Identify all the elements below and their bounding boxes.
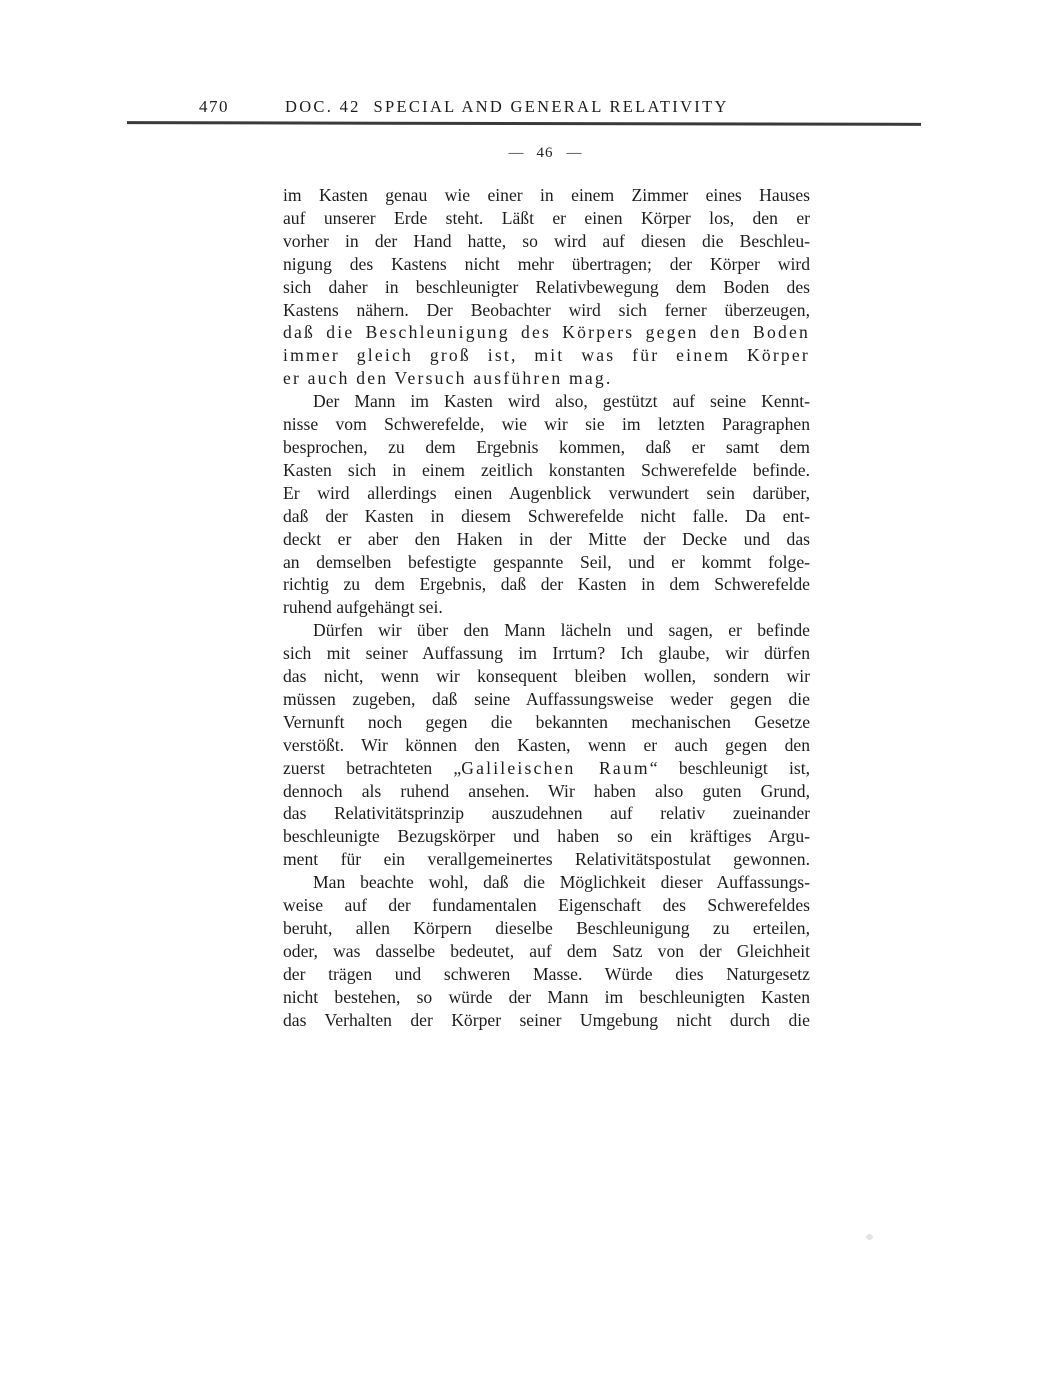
text-segment: auf unserer Erde steht. Läßt er einen Kö…	[283, 208, 810, 228]
text-segment: Der Mann im Kasten wird also, gestützt a…	[313, 391, 810, 411]
text-line: an demselben befestigte gespannte Seil, …	[283, 551, 810, 574]
text-segment: Man beachte wohl, daß die Möglichkeit di…	[313, 872, 810, 892]
text-line: oder, was dasselbe bedeutet, auf dem Sat…	[283, 940, 810, 963]
text-line: das Verhalten der Körper seiner Umgebung…	[283, 1009, 810, 1032]
text-line: auf unserer Erde steht. Läßt er einen Kö…	[283, 207, 810, 230]
text-segment: daß der Kasten in diesem Schwerefelde ni…	[283, 506, 810, 526]
folio-right-dash: —	[567, 146, 582, 161]
text-segment: das nicht, wenn wir konsequent bleiben w…	[283, 666, 810, 686]
text-segment: im Kasten genau wie einer in einem Zimme…	[283, 185, 810, 205]
emphasized-text-segment: er auch den Versuch ausführen mag.	[283, 368, 613, 388]
folio-number: 46	[537, 145, 554, 161]
text-line: beruht, allen Körpern dieselbe Beschleun…	[283, 917, 810, 940]
text-line: Dürfen wir über den Mann lächeln und sag…	[283, 619, 810, 642]
text-segment: müssen zugeben, daß seine Auffassungswei…	[283, 689, 810, 709]
text-line: richtig zu dem Ergebnis, daß der Kasten …	[283, 573, 810, 596]
text-segment: ment für ein verallgemeinertes Relativit…	[283, 849, 810, 869]
text-segment: sich mit seiner Auffassung im Irrtum? Ic…	[283, 643, 810, 663]
text-line: ment für ein verallgemeinertes Relativit…	[283, 848, 810, 871]
paragraph: im Kasten genau wie einer in einem Zimme…	[283, 184, 810, 390]
text-line: Er wird allerdings einen Augenblick verw…	[283, 482, 810, 505]
text-segment: beruht, allen Körpern dieselbe Beschleun…	[283, 918, 810, 938]
book-page: 470 DOC. 42 SPECIAL AND GENERAL RELATIVI…	[0, 0, 1054, 1394]
text-segment: zuerst betrachteten „	[283, 758, 461, 778]
text-line: deckt er aber den Haken in der Mitte der…	[283, 528, 810, 551]
header-page-number: 470	[199, 97, 229, 117]
text-line: Vernunft noch gegen die bekannten mechan…	[283, 711, 810, 734]
text-segment: sich daher in beschleunigter Relativbewe…	[283, 277, 810, 297]
text-line: sich daher in beschleunigter Relativbewe…	[283, 276, 810, 299]
text-segment: vorher in der Hand hatte, so wird auf di…	[283, 231, 810, 251]
text-line: müssen zugeben, daß seine Auffassungswei…	[283, 688, 810, 711]
text-line: Kasten sich in einem zeitlich konstanten…	[283, 459, 810, 482]
text-segment: nicht bestehen, so würde der Mann im bes…	[283, 987, 810, 1007]
text-line: immer gleich groß ist, mit was für einem…	[283, 344, 810, 367]
text-segment: nigung des Kastens nicht mehr übertragen…	[283, 254, 810, 274]
emphasized-text-segment: Galileischen Raum	[461, 758, 650, 778]
header-rule	[127, 121, 921, 125]
text-line: Der Mann im Kasten wird also, gestützt a…	[283, 390, 810, 413]
text-segment: ruhend aufgehängt sei.	[283, 597, 443, 617]
text-segment: Er wird allerdings einen Augenblick verw…	[283, 483, 810, 503]
paragraph: Man beachte wohl, daß die Möglichkeit di…	[283, 871, 810, 1031]
text-segment: das Verhalten der Körper seiner Umgebung…	[283, 1010, 810, 1030]
folio: —46—	[18, 145, 1054, 162]
text-line: sich mit seiner Auffassung im Irrtum? Ic…	[283, 642, 810, 665]
emphasized-text-segment: immer gleich groß ist, mit was für einem…	[283, 345, 810, 365]
text-segment: weise auf der fundamentalen Eigenschaft …	[283, 895, 810, 915]
text-line: ruhend aufgehängt sei.	[283, 596, 810, 619]
running-head: DOC. 42 SPECIAL AND GENERAL RELATIVITY	[285, 97, 729, 117]
text-line: verstößt. Wir können den Kasten, wenn er…	[283, 734, 810, 757]
text-segment: richtig zu dem Ergebnis, daß der Kasten …	[283, 574, 810, 594]
text-segment: deckt er aber den Haken in der Mitte der…	[283, 529, 810, 549]
text-segment: an demselben befestigte gespannte Seil, …	[283, 552, 810, 572]
text-segment: das Relativitätsprinzip auszudehnen auf …	[283, 803, 810, 823]
text-line: nigung des Kastens nicht mehr übertragen…	[283, 253, 810, 276]
text-segment: Kasten sich in einem zeitlich konstanten…	[283, 460, 810, 480]
text-line: besprochen, zu dem Ergebnis kommen, daß …	[283, 436, 810, 459]
text-line: daß der Kasten in diesem Schwerefelde ni…	[283, 505, 810, 528]
text-line: dennoch als ruhend ansehen. Wir haben al…	[283, 780, 810, 803]
text-segment: dennoch als ruhend ansehen. Wir haben al…	[283, 781, 810, 801]
paragraph: Der Mann im Kasten wird also, gestützt a…	[283, 390, 810, 619]
text-segment: “ beschleunigt ist,	[650, 758, 810, 778]
text-line: das nicht, wenn wir konsequent bleiben w…	[283, 665, 810, 688]
text-segment: Dürfen wir über den Mann lächeln und sag…	[313, 620, 810, 640]
text-line: vorher in der Hand hatte, so wird auf di…	[283, 230, 810, 253]
emphasized-text-segment: daß die Beschleunigung des Körpers gegen…	[283, 322, 810, 342]
text-segment: nisse vom Schwerefelde, wie wir sie im l…	[283, 414, 810, 434]
text-segment: besprochen, zu dem Ergebnis kommen, daß …	[283, 437, 810, 457]
text-line: daß die Beschleunigung des Körpers gegen…	[283, 321, 810, 344]
page-body: im Kasten genau wie einer in einem Zimme…	[283, 184, 810, 1032]
text-segment: Kastens nähern. Der Beobachter wird sich…	[283, 300, 810, 320]
text-line: das Relativitätsprinzip auszudehnen auf …	[283, 802, 810, 825]
text-line: er auch den Versuch ausführen mag.	[283, 367, 810, 390]
text-line: beschleunigte Bezugskörper und haben so …	[283, 825, 810, 848]
text-segment: beschleunigte Bezugskörper und haben so …	[283, 826, 810, 846]
text-segment: Vernunft noch gegen die bekannten mechan…	[283, 712, 810, 732]
scan-artifact-dot	[866, 1234, 873, 1240]
text-segment: oder, was dasselbe bedeutet, auf dem Sat…	[283, 941, 810, 961]
text-line: Kastens nähern. Der Beobachter wird sich…	[283, 299, 810, 322]
text-line: der trägen und schweren Masse. Würde die…	[283, 963, 810, 986]
paragraph: Dürfen wir über den Mann lächeln und sag…	[283, 619, 810, 871]
text-line: im Kasten genau wie einer in einem Zimme…	[283, 184, 810, 207]
text-segment: verstößt. Wir können den Kasten, wenn er…	[283, 735, 810, 755]
folio-left-dash: —	[509, 146, 524, 161]
text-segment: der trägen und schweren Masse. Würde die…	[283, 964, 810, 984]
text-line: nicht bestehen, so würde der Mann im bes…	[283, 986, 810, 1009]
text-line: zuerst betrachteten „Galileischen Raum“ …	[283, 757, 810, 780]
text-line: nisse vom Schwerefelde, wie wir sie im l…	[283, 413, 810, 436]
text-line: weise auf der fundamentalen Eigenschaft …	[283, 894, 810, 917]
text-line: Man beachte wohl, daß die Möglichkeit di…	[283, 871, 810, 894]
